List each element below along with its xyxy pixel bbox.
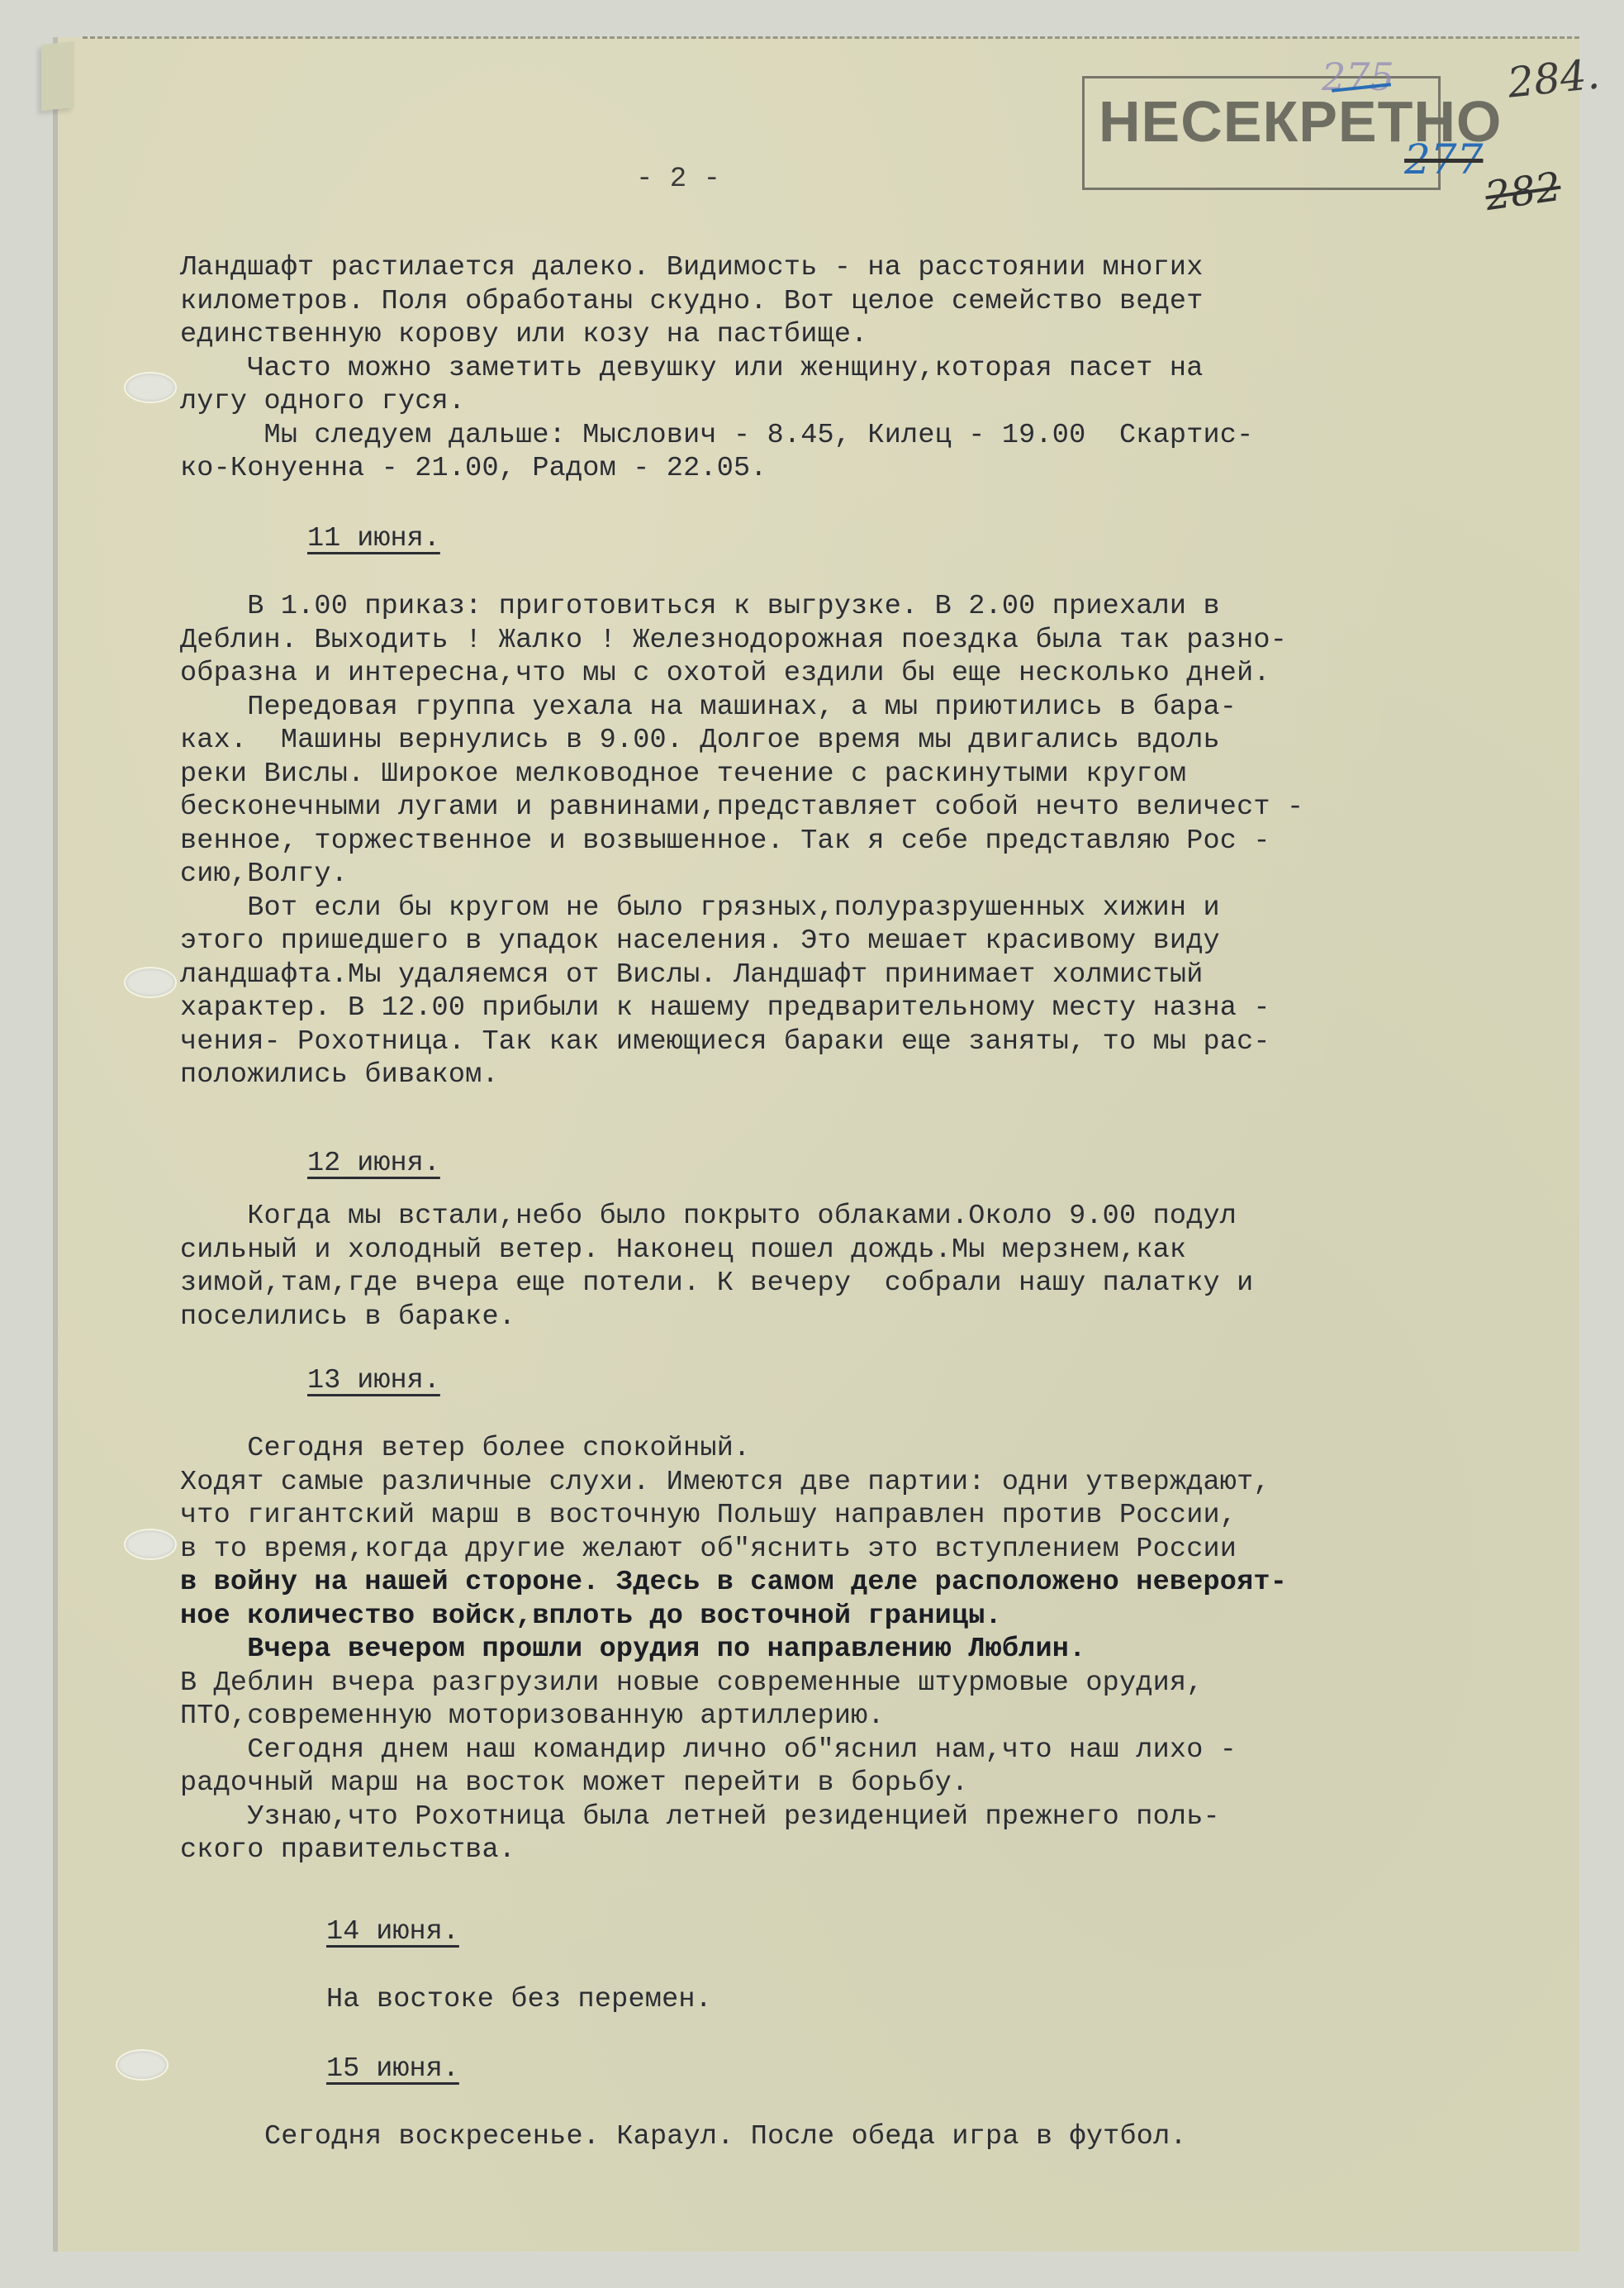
punch-hole	[124, 967, 177, 998]
punch-hole	[116, 2049, 169, 2081]
text-line: сильный и холодный ветер. Наконец пошел …	[180, 1237, 1186, 1265]
text-line: ное количество войск,вплоть до восточной…	[180, 1603, 1002, 1631]
text-line: На востоке без перемен.	[326, 1986, 712, 2014]
text-line: Вчера вечером прошли орудия по направлен…	[180, 1636, 1085, 1664]
text-line: радочный марш на восток может перейти в …	[180, 1770, 968, 1798]
text-line: Мы следуем дальше: Мыслович - 8.45, Киле…	[180, 422, 1253, 450]
text-line: реки Вислы. Широкое мелководное течение …	[180, 761, 1186, 789]
paper-edge	[83, 36, 1579, 41]
text-line: в войну на нашей стороне. Здесь в самом …	[180, 1569, 1287, 1597]
text-line: Ходят самые различные слухи. Имеются две…	[180, 1469, 1270, 1497]
punch-hole	[124, 372, 177, 403]
text-line: единственную корову или козу на пастбище…	[180, 321, 867, 350]
text-line: положились биваком.	[180, 1062, 499, 1090]
entry-date-heading: 14 июня.	[326, 1919, 459, 1947]
text-line: образна и интересна,что мы с охотой езди…	[180, 660, 1270, 688]
text-line: Сегодня днем наш командир лично об"яснил…	[180, 1737, 1237, 1765]
text-line: характер. В 12.00 прибыли к нашему предв…	[180, 995, 1270, 1023]
text-line: Узнаю,что Рохотница была летней резиденц…	[180, 1804, 1220, 1832]
archive-number-blue: 277	[1404, 139, 1483, 180]
text-line: сию,Волгу.	[180, 861, 348, 889]
archive-number-current: 284.	[1506, 53, 1602, 103]
text-line: Деблин. Выходить ! Жалко ! Железнодорожн…	[180, 627, 1287, 655]
text-line: Часто можно заметить девушку или женщину…	[180, 355, 1204, 383]
text-line: Сегодня ветер более спокойный.	[180, 1435, 750, 1463]
text-line: что гигантский марш в восточную Польшу н…	[180, 1502, 1237, 1530]
entry-date-heading: 12 июня.	[307, 1150, 440, 1178]
text-line: венное, торжественное и возвышенное. Так…	[180, 828, 1270, 856]
text-line: чения- Рохотница. Так как имеющиеся бара…	[180, 1029, 1270, 1057]
text-line: ках. Машины вернулись в 9.00. Долгое вре…	[180, 727, 1220, 755]
text-line: в то время,когда другие желают об"яснить…	[180, 1536, 1237, 1564]
text-line: зимой,там,где вчера еще потели. К вечеру…	[180, 1270, 1253, 1298]
page-number: - 2 -	[636, 164, 720, 195]
text-line: ландшафта.Мы удаляемся от Вислы. Ландшаф…	[180, 962, 1204, 990]
entry-date-heading: 13 июня.	[307, 1368, 440, 1396]
text-line: Вот если бы кругом не было грязных,полур…	[180, 895, 1220, 923]
folded-corner	[41, 41, 74, 111]
text-line: ского правительства.	[180, 1837, 515, 1865]
text-line: Передовая группа уехала на машинах, а мы…	[180, 694, 1237, 722]
text-line: Когда мы встали,небо было покрыто облака…	[180, 1203, 1237, 1231]
text-line: Ландшафт растилается далеко. Видимость -…	[180, 254, 1204, 283]
text-line: бесконечными лугами и равнинами,представ…	[180, 794, 1303, 822]
text-line: Сегодня воскресенье. Караул. После обеда…	[264, 2124, 1187, 2152]
archive-number-old: 282	[1483, 167, 1563, 216]
text-line: ко-Конуенна - 21.00, Радом - 22.05.	[180, 455, 767, 483]
text-line: лугу одного гуся.	[180, 388, 465, 416]
text-line: этого пришедшего в упадок населения. Это…	[180, 928, 1220, 956]
text-line: В Деблин вчера разгрузили новые современ…	[180, 1670, 1204, 1698]
entry-date-heading: 11 июня.	[307, 526, 440, 554]
text-line: километров. Поля обработаны скудно. Вот …	[180, 288, 1204, 316]
text-line: В 1.00 приказ: приготовиться к выгрузке.…	[180, 593, 1220, 621]
entry-date-heading: 15 июня.	[326, 2056, 459, 2084]
text-line: ПТО,современную моторизованную артиллери…	[180, 1703, 885, 1731]
text-line: поселились в бараке.	[180, 1304, 515, 1332]
punch-hole	[124, 1529, 177, 1560]
